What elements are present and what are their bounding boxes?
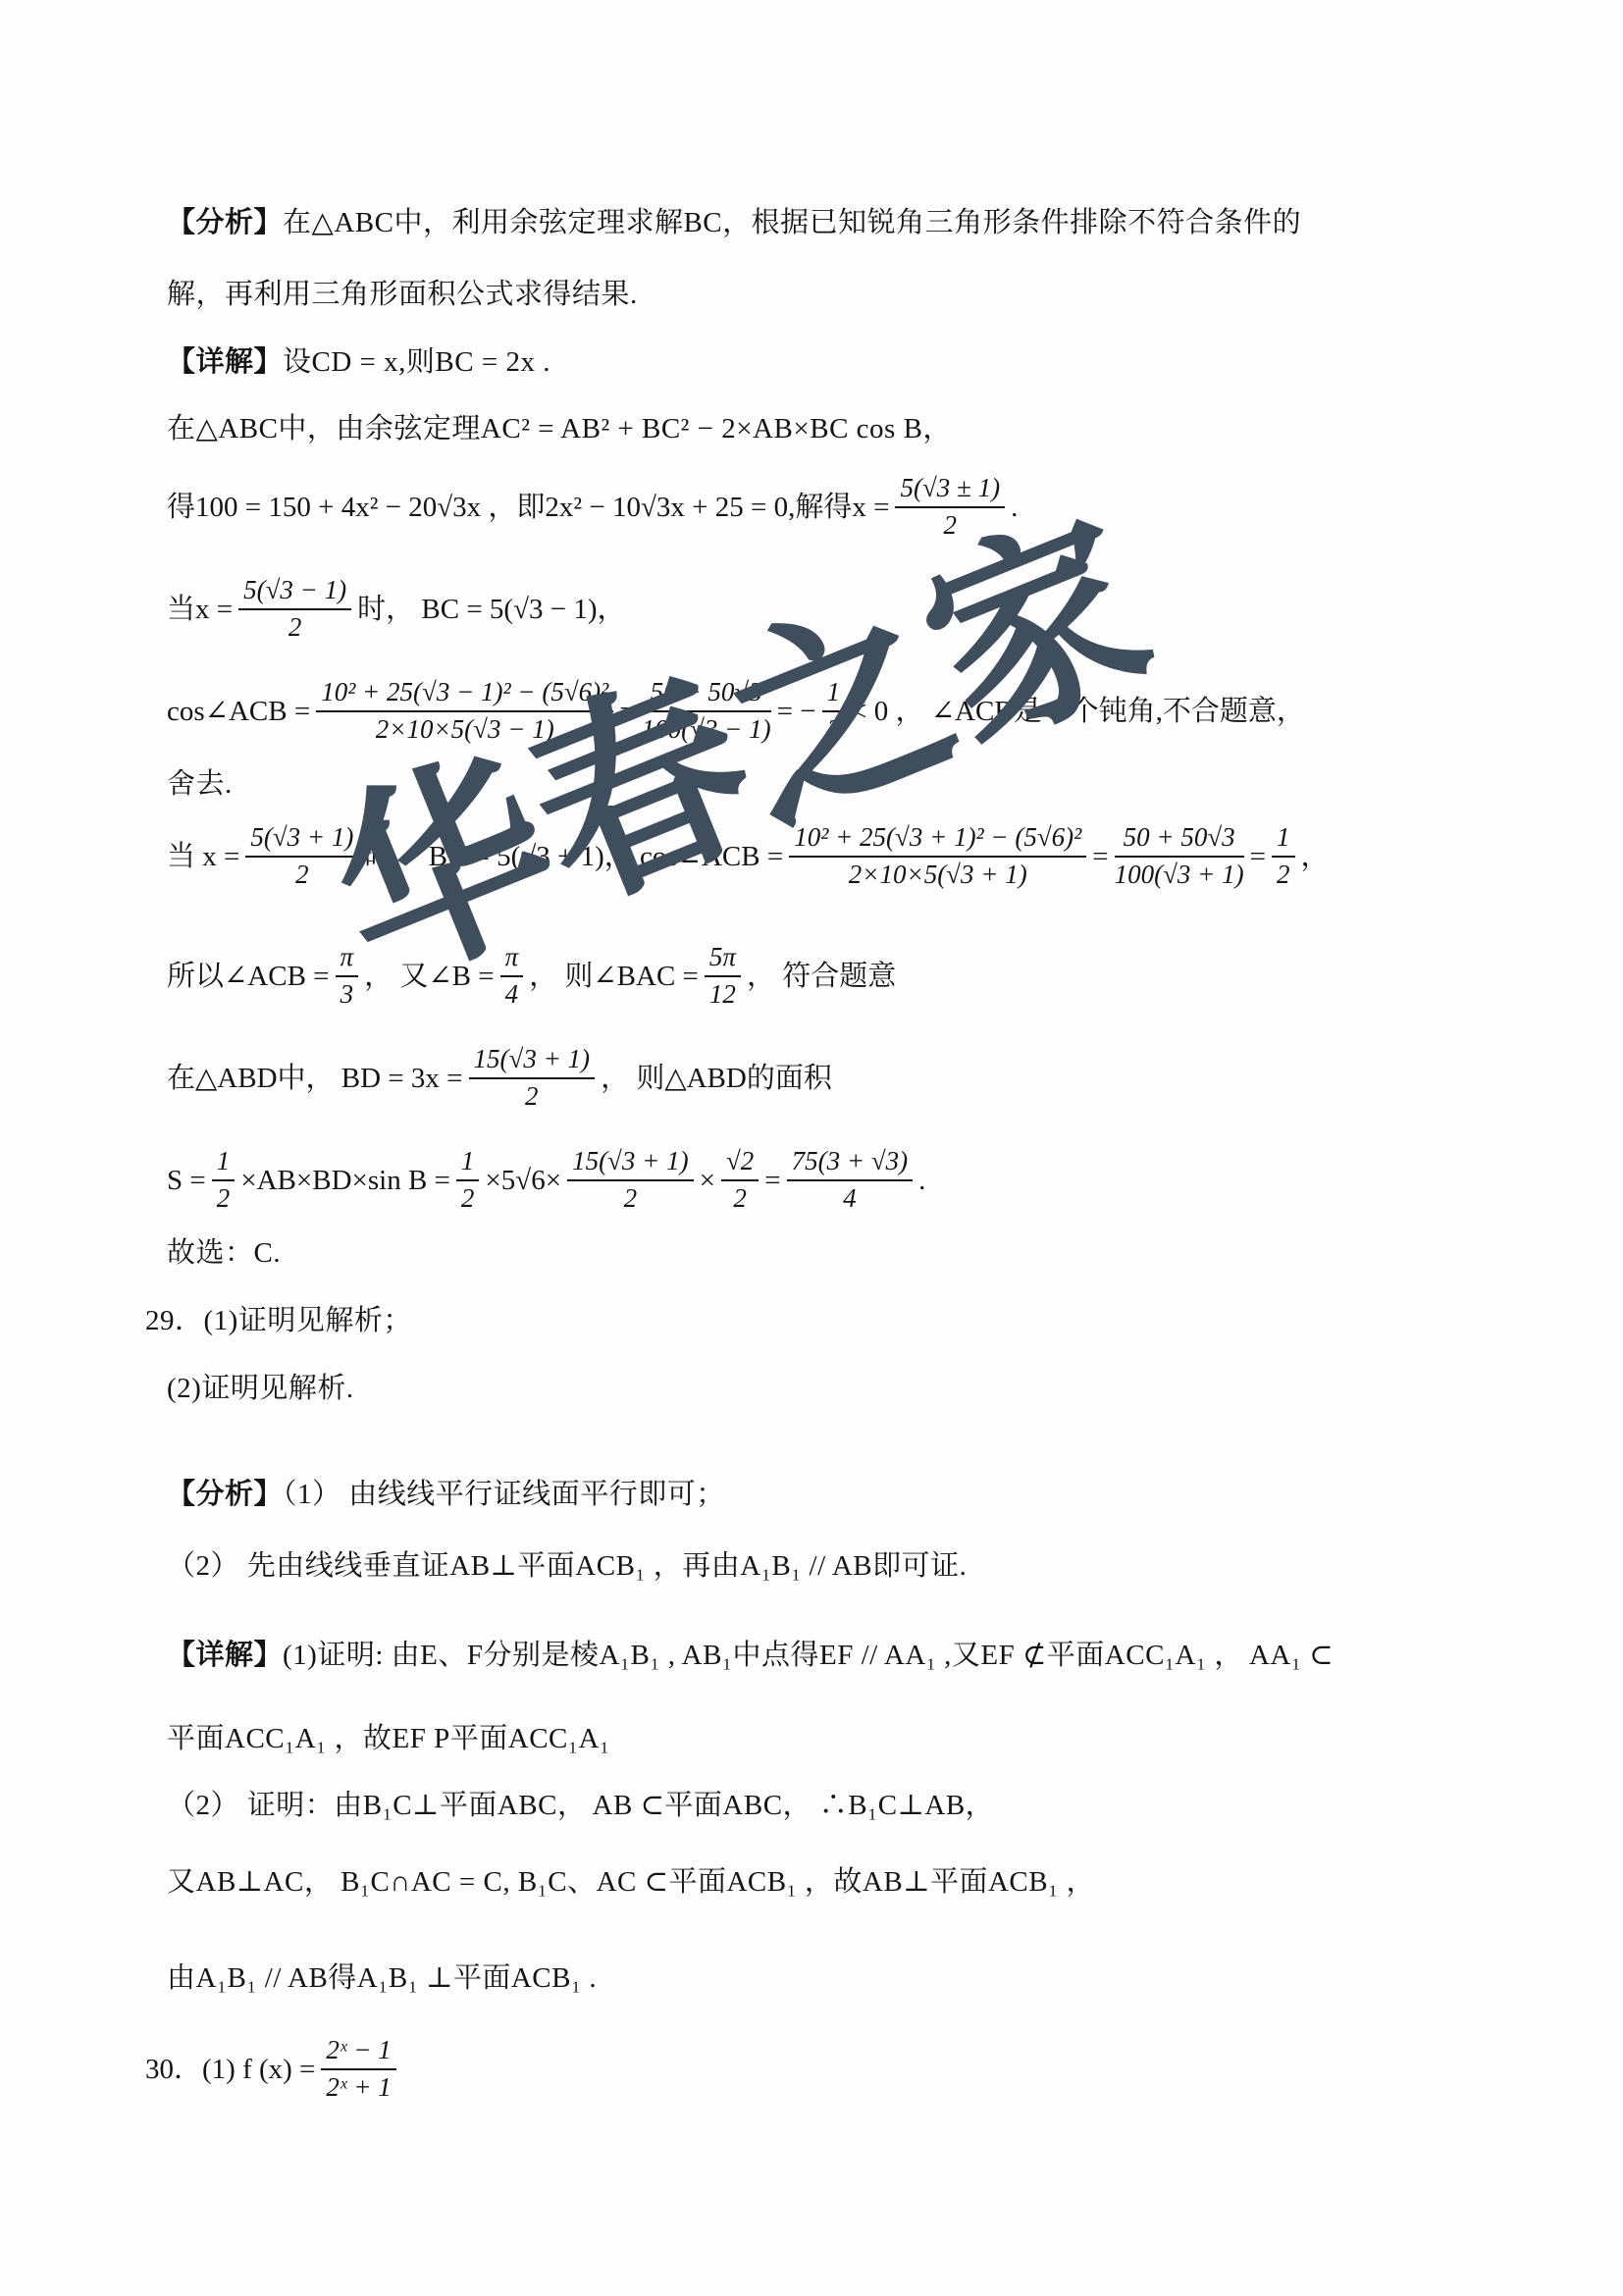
fraction: 12 — [456, 1145, 480, 1216]
analysis-tag: 【分析】 — [167, 207, 283, 238]
fraction: 5(√3 − 1)2 — [238, 574, 351, 645]
fraction-denominator: 2 — [456, 1181, 480, 1216]
fraction-numerator: 15(√3 + 1) — [567, 1145, 694, 1181]
detail-tag: 【详解】 — [167, 346, 283, 378]
fraction-numerator: 1 — [456, 1145, 480, 1181]
fraction-numerator: 5(√3 − 1) — [238, 574, 351, 610]
comma: ， — [1301, 840, 1330, 874]
fraction: 15(√3 + 1)2 — [469, 1043, 596, 1114]
fraction-numerator: 15(√3 + 1) — [469, 1043, 596, 1079]
q29-proof2-text: （2） 证明：由B₁C⊥平面ABC， AB ⊂平面ABC， ∴B₁C⊥AB， — [167, 1790, 994, 1821]
area-formula-line: S = 12 ×AB×BD×sin B = 12 ×5√6× 15(√3 + 1… — [167, 1129, 1535, 1231]
equals-sign: = — [1250, 840, 1266, 874]
detail-setup-text: 设CD = x,则BC = 2x . — [283, 346, 550, 378]
fraction: 12 — [212, 1145, 236, 1216]
analysis-line-1: 【分析】在△ABC中，利用余弦定理求解BC，根据已知锐角三角形条件排除不符合条件… — [167, 201, 1535, 244]
cos-label: cos∠ACB = — [167, 695, 310, 729]
fraction-denominator: 2ˣ + 1 — [321, 2070, 395, 2105]
answer-line: 故选：C. — [167, 1231, 1535, 1275]
fraction: 50 + 50√3100(√3 + 1) — [1115, 821, 1244, 892]
q29-proof2-cont-text: 又AB⊥AC， B₁C∩AC = C, B₁C、AC ⊂平面ACB₁ ，故AB⊥… — [167, 1866, 1095, 1898]
fraction-denominator: 3 — [336, 977, 359, 1012]
fraction: 75(3 + √3)4 — [787, 1145, 914, 1216]
detail-tag: 【详解】 — [167, 1640, 283, 1671]
q29-analysis-line-1: 【分析】（1） 由线线平行证线面平行即可； — [167, 1473, 1535, 1516]
fraction-denominator: 12 — [705, 977, 741, 1012]
fraction-denominator: 100(√3 + 1) — [1115, 858, 1244, 892]
period: . — [918, 1164, 925, 1198]
question-29-answer-1: 29．(1)证明见解析； — [145, 1299, 1535, 1342]
fraction-numerator: 1 — [1272, 821, 1295, 858]
abd-area-text: ， 则△ABD的面积 — [601, 1062, 832, 1096]
fraction: 12 — [1272, 821, 1295, 892]
area-terms: ×AB×BD×sin B = — [240, 1164, 450, 1198]
fraction-numerator: 2ˣ − 1 — [321, 2034, 395, 2070]
fraction: 5π12 — [705, 941, 741, 1012]
fraction-numerator: √2 — [721, 1145, 759, 1181]
q29-detail-proof1-line2: 平面ACC₁A₁ ，故EF P平面ACC₁A₁ — [167, 1717, 1535, 1760]
q29-detail-proof1-line1: 【详解】(1)证明: 由E、F分别是棱A₁B₁ , AB₁中点得EF // AA… — [167, 1634, 1535, 1677]
cosine-rule-line: 在△ABC中，由余弦定理AC² = AB² + BC² − 2×AB×BC co… — [167, 407, 1535, 450]
q29-part1-text: 29．(1)证明见解析； — [145, 1305, 412, 1336]
fraction-numerator: 5π — [705, 941, 741, 977]
equation-text: 得100 = 150 + 4x² − 20√3x ，即2x² − 10√3x +… — [167, 491, 889, 525]
q29-detail-proof2-line2: 又AB⊥AC， B₁C∩AC = C, B₁C、AC ⊂平面ACB₁ ，故AB⊥… — [167, 1860, 1535, 1904]
q29-part2-text: (2)证明见解析. — [167, 1373, 354, 1404]
abd-line: 在△ABD中， BD = 3x = 15(√3 + 1)2 ， 则△ABD的面积 — [167, 1027, 1535, 1129]
case1-text: 当x = — [167, 593, 233, 627]
fraction-denominator: 2 — [1272, 858, 1295, 892]
times-sign: × — [700, 1164, 715, 1198]
q29-detail-proof2-line1: （2） 证明：由B₁C⊥平面ABC， AB ⊂平面ABC， ∴B₁C⊥AB， — [167, 1784, 1535, 1827]
question-29-answer-2: (2)证明见解析. — [167, 1367, 1535, 1410]
fraction-denominator: 2 — [567, 1181, 694, 1216]
solution-content: 【分析】在△ABC中，利用余弦定理求解BC，根据已知锐角三角形条件排除不符合条件… — [167, 201, 1535, 2120]
fraction-numerator: π — [336, 941, 359, 977]
analysis-text-cont: 解，再利用三角形面积公式求得结果. — [167, 279, 638, 310]
q29-analysis-line-2: （2） 先由线线垂直证AB⊥平面ACB₁ ，再由A₁B₁ // AB即可证. — [167, 1544, 1535, 1588]
equals-sign: = — [1092, 840, 1108, 874]
analysis-tag: 【分析】 — [167, 1479, 283, 1510]
fraction-denominator: 4 — [787, 1181, 914, 1216]
case2-text: 当 x = — [167, 840, 239, 874]
q29-detail-proof2-line3: 由A₁B₁ // AB得A₁B₁ ⊥平面ACB₁ . — [167, 1957, 1535, 2000]
abd-bd-text: 在△ABD中， BD = 3x = — [167, 1062, 463, 1096]
times-term: ×5√6× — [485, 1164, 561, 1198]
fraction-denominator: 2 — [238, 610, 351, 645]
cosine-rule-text: 在△ABC中，由余弦定理AC² = AB² + BC² − 2×AB×BC co… — [167, 413, 952, 444]
equals-sign: = — [764, 1164, 780, 1198]
case1-text-end: 时， BC = 5(√3 − 1)， — [357, 593, 625, 627]
fraction: 15(√3 + 1)2 — [567, 1145, 694, 1216]
fraction-numerator: 1 — [212, 1145, 236, 1181]
angle-acb-text: 所以∠ACB = — [167, 960, 330, 994]
fits-condition-text: ， 符合题意 — [747, 960, 896, 994]
q29-proof1-text: (1)证明: 由E、F分别是棱A₁B₁ , AB₁中点得EF // AA₁ ,又… — [283, 1640, 1334, 1671]
discard-text: 舍去. — [167, 768, 233, 800]
detail-line-1: 【详解】设CD = x,则BC = 2x . — [167, 340, 1535, 384]
q30-fx-label: 30．(1) f (x) = — [145, 2053, 315, 2087]
fraction-denominator: 2 — [469, 1079, 596, 1114]
fraction-numerator: 75(3 + √3) — [787, 1145, 914, 1181]
fraction: 2ˣ − 12ˣ + 1 — [321, 2034, 395, 2105]
fraction: √22 — [721, 1145, 759, 1216]
question-30-answer-line: 30．(1) f (x) = 2ˣ − 12ˣ + 1 — [145, 2018, 1535, 2120]
s-label: S = — [167, 1164, 206, 1198]
q29-proof1-cont-text: 平面ACC₁A₁ ，故EF P平面ACC₁A₁ — [167, 1723, 610, 1754]
fraction-denominator: 2×10×5(√3 + 1) — [789, 858, 1086, 892]
fraction-denominator: 2 — [212, 1181, 236, 1216]
answer-text: 故选：C. — [167, 1237, 281, 1269]
document-page: 【分析】在△ABC中，利用余弦定理求解BC，根据已知锐角三角形条件排除不符合条件… — [0, 0, 1623, 2296]
q29-proof2-end-text: 由A₁B₁ // AB得A₁B₁ ⊥平面ACB₁ . — [167, 1962, 597, 1994]
fraction: π3 — [336, 941, 359, 1012]
fraction-denominator: 2 — [721, 1181, 759, 1216]
q29-analysis-2-text: （2） 先由线线垂直证AB⊥平面ACB₁ ，再由A₁B₁ // AB即可证. — [167, 1550, 967, 1582]
analysis-line-2: 解，再利用三角形面积公式求得结果. — [167, 273, 1535, 316]
fraction-numerator: 50 + 50√3 — [1115, 821, 1244, 858]
analysis-text: 在△ABC中，利用余弦定理求解BC，根据已知锐角三角形条件排除不符合条件的 — [283, 207, 1301, 238]
q29-analysis-1-text: （1） 由线线平行证线面平行即可； — [283, 1479, 725, 1510]
